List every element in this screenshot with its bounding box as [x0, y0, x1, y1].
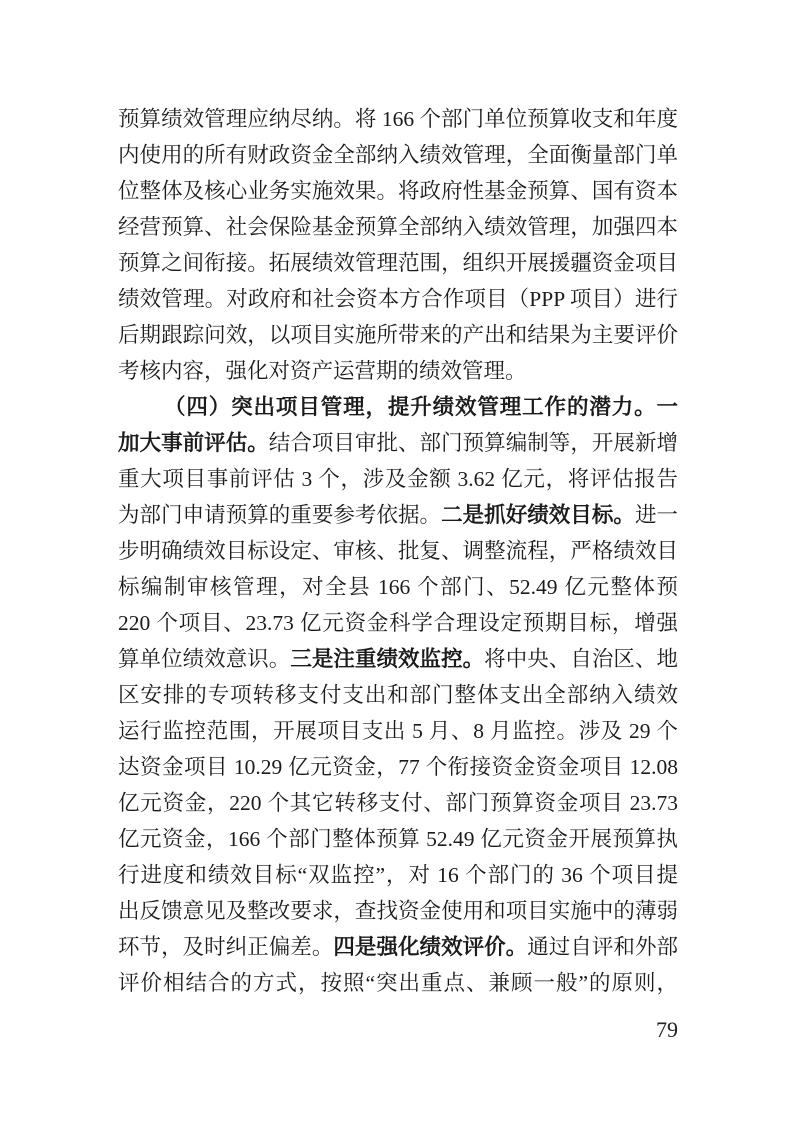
text-segment: 评价相结合的方式，按照“突出重点、兼顾一般”的原则， — [118, 971, 678, 995]
text-segment: 重大项目事前评估 3 个，涉及金额 3.62 亿元，将评估报告作 — [118, 467, 678, 497]
document-line: 重大项目事前评估 3 个，涉及金额 3.62 亿元，将评估报告作 — [118, 461, 678, 497]
text-segment: 进一 — [635, 503, 678, 527]
text-segment: 算单位绩效意识。 — [118, 647, 290, 671]
document-line: 加大事前评估。结合项目审批、部门预算编制等，开展新增 — [118, 425, 678, 461]
document-line: 达资金项目 10.29 亿元资金，77 个衔接资金资金项目 12.08 — [118, 749, 678, 785]
text-segment: 预算之间衔接。拓展绩效管理范围，组织开展援疆资金项目 — [118, 251, 678, 275]
text-segment: 步明确绩效目标设定、审核、批复、调整流程，严格绩效目 — [118, 539, 678, 563]
document-line: 后期跟踪问效，以项目实施所带来的产出和结果为主要评价 — [118, 317, 678, 353]
text-segment: 结合项目审批、部门预算编制等，开展新增 — [269, 431, 678, 455]
text-segment: 亿元资金，220 个其它转移支付、部门预算资金项目 23.73 — [118, 791, 678, 815]
text-segment: 达资金项目 10.29 亿元资金，77 个衔接资金资金项目 12.08 — [118, 755, 678, 779]
bold-text-segment: 二是抓好绩效目标。 — [441, 503, 635, 527]
document-line: 标编制审核管理，对全县 166 个部门、52.49 亿元整体预算， — [118, 569, 678, 605]
document-line: 步明确绩效目标设定、审核、批复、调整流程，严格绩效目 — [118, 533, 678, 569]
document-line: 区安排的专项转移支付支出和部门整体支出全部纳入绩效 — [118, 677, 678, 713]
text-segment: 环节，及时纠正偏差。 — [118, 935, 333, 959]
document-line: 出反馈意见及整改要求，查找资金使用和项目实施中的薄弱 — [118, 893, 678, 929]
text-segment: 区安排的专项转移支付支出和部门整体支出全部纳入绩效 — [118, 683, 678, 707]
bold-text-segment: 加大事前评估。 — [118, 431, 269, 455]
text-segment: 位整体及核心业务实施效果。将政府性基金预算、国有资本 — [118, 179, 678, 203]
document-line: 内使用的所有财政资金全部纳入绩效管理，全面衡量部门单 — [118, 137, 678, 173]
text-segment: 考核内容，强化对资产运营期的绩效管理。 — [118, 359, 527, 383]
document-line: 考核内容，强化对资产运营期的绩效管理。 — [118, 353, 678, 389]
text-segment: 为部门申请预算的重要参考依据。 — [118, 503, 441, 527]
document-line: 环节，及时纠正偏差。四是强化绩效评价。通过自评和外部 — [118, 929, 678, 965]
document-line: 绩效管理。对政府和社会资本方合作项目（PPP 项目）进行 — [118, 281, 678, 317]
text-segment: 内使用的所有财政资金全部纳入绩效管理，全面衡量部门单 — [118, 143, 678, 167]
text-segment: 220 个项目、23.73 亿元资金科学合理设定预期目标，增强预 — [118, 611, 678, 641]
text-segment: 绩效管理。对政府和社会资本方合作项目（PPP 项目）进行 — [118, 287, 678, 311]
document-line: 为部门申请预算的重要参考依据。二是抓好绩效目标。进一 — [118, 497, 678, 533]
text-segment: 运行监控范围，开展项目支出 5 月、8 月监控。涉及 29 个直 — [118, 719, 678, 749]
document-line: （四）突出项目管理，提升绩效管理工作的潜力。一是 — [118, 389, 678, 425]
text-segment: 通过自评和外部 — [527, 935, 678, 959]
document-line: 位整体及核心业务实施效果。将政府性基金预算、国有资本 — [118, 173, 678, 209]
document-page: 预算绩效管理应纳尽纳。将 166 个部门单位预算收支和年度内使用的所有财政资金全… — [0, 0, 793, 1122]
text-segment: 经营预算、社会保险基金预算全部纳入绩效管理，加强四本 — [118, 215, 678, 239]
text-segment: 行进度和绩效目标“双监控”，对 16 个部门的 36 个项目提 — [118, 863, 678, 887]
document-line: 经营预算、社会保险基金预算全部纳入绩效管理，加强四本 — [118, 209, 678, 245]
text-segment: 出反馈意见及整改要求，查找资金使用和项目实施中的薄弱 — [118, 899, 678, 923]
document-line: 亿元资金，166 个部门整体预算 52.49 亿元资金开展预算执 — [118, 821, 678, 857]
text-segment: 预算绩效管理应纳尽纳。将 166 个部门单位预算收支和年度 — [118, 107, 678, 131]
bold-text-segment: 四是强化绩效评价。 — [333, 935, 527, 959]
bold-text-segment: 三是注重绩效监控。 — [290, 647, 484, 671]
page-number: 79 — [118, 1017, 678, 1043]
text-segment: 亿元资金，166 个部门整体预算 52.49 亿元资金开展预算执 — [118, 827, 678, 851]
document-line: 行进度和绩效目标“双监控”，对 16 个部门的 36 个项目提 — [118, 857, 678, 893]
text-segment: 标编制审核管理，对全县 166 个部门、52.49 亿元整体预算， — [118, 575, 678, 605]
document-line: 运行监控范围，开展项目支出 5 月、8 月监控。涉及 29 个直 — [118, 713, 678, 749]
bold-text-segment: （四）突出项目管理，提升绩效管理工作的潜力。一是 — [118, 395, 678, 425]
text-segment: 将中央、自治区、地 — [484, 647, 678, 671]
document-line: 预算之间衔接。拓展绩效管理范围，组织开展援疆资金项目 — [118, 245, 678, 281]
document-line: 算单位绩效意识。三是注重绩效监控。将中央、自治区、地 — [118, 641, 678, 677]
document-line: 220 个项目、23.73 亿元资金科学合理设定预期目标，增强预 — [118, 605, 678, 641]
document-line: 预算绩效管理应纳尽纳。将 166 个部门单位预算收支和年度 — [118, 101, 678, 137]
document-line: 评价相结合的方式，按照“突出重点、兼顾一般”的原则， — [118, 965, 678, 1001]
document-line: 亿元资金，220 个其它转移支付、部门预算资金项目 23.73 — [118, 785, 678, 821]
text-segment: 后期跟踪问效，以项目实施所带来的产出和结果为主要评价 — [118, 323, 678, 347]
document-body: 预算绩效管理应纳尽纳。将 166 个部门单位预算收支和年度内使用的所有财政资金全… — [118, 101, 678, 1001]
